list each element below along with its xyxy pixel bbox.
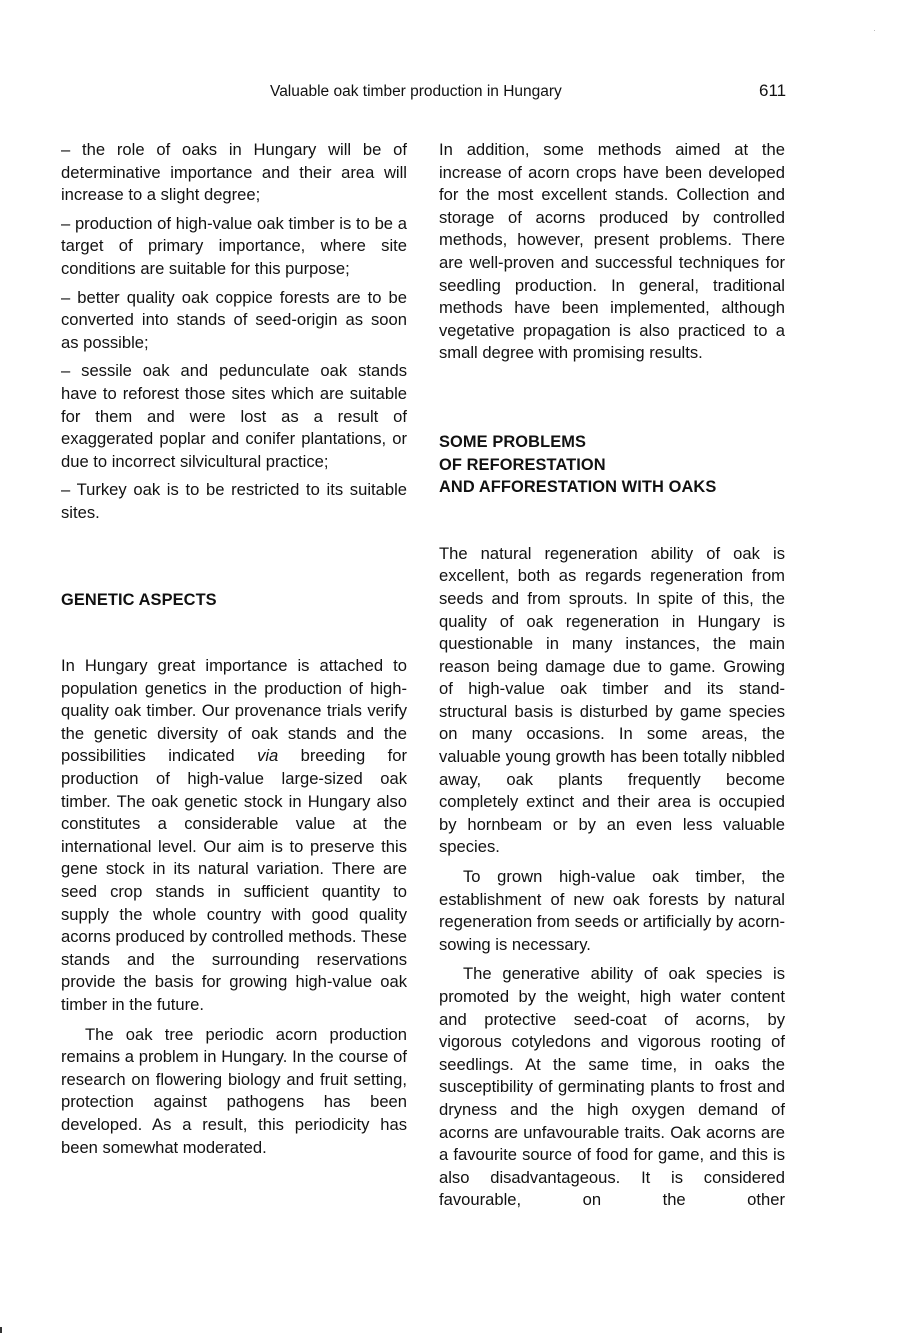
heading-line: OF REFORESTATION (439, 454, 785, 477)
body-paragraph: The natural regeneration ability of oak … (439, 543, 785, 859)
list-item: – sessile oak and pedunculate oak stands… (61, 360, 407, 473)
body-paragraph: In addition, some methods aimed at the i… (439, 139, 785, 365)
list-item: – Turkey oak is to be restricted to its … (61, 479, 407, 524)
body-paragraph: In Hungary great importance is attached … (61, 655, 407, 1017)
section-heading-reforestation: SOME PROBLEMS OF REFORESTATION AND AFFOR… (439, 431, 785, 499)
list-item: – better quality oak coppice forests are… (61, 287, 407, 355)
list-item: – production of high-value oak timber is… (61, 213, 407, 281)
right-column: In addition, some methods aimed at the i… (439, 139, 785, 1212)
section-heading-genetic-aspects: GENETIC ASPECTS (61, 589, 407, 612)
body-paragraph: The generative ability of oak species is… (439, 963, 785, 1212)
body-paragraph: To grown high-value oak timber, the esta… (439, 866, 785, 956)
paragraph-text: breeding for production of high-value la… (61, 746, 407, 1014)
body-paragraph: The oak tree periodic acorn production r… (61, 1024, 407, 1160)
spacer (439, 499, 785, 543)
page-number: 611 (759, 81, 786, 101)
heading-line: AND AFFORESTATION WITH OAKS (439, 476, 785, 499)
left-column: – the role of oaks in Hungary will be of… (61, 139, 407, 1159)
spacer (61, 531, 407, 589)
spacer (61, 611, 407, 655)
journal-page: Valuable oak timber production in Hungar… (0, 0, 905, 1333)
heading-line: SOME PROBLEMS (439, 431, 785, 454)
running-title: Valuable oak timber production in Hungar… (270, 83, 562, 101)
scan-corner-mark (0, 1327, 2, 1333)
scan-speck (874, 30, 875, 31)
spacer (439, 365, 785, 431)
list-item: – the role of oaks in Hungary will be of… (61, 139, 407, 207)
italic-term: via (257, 746, 278, 765)
